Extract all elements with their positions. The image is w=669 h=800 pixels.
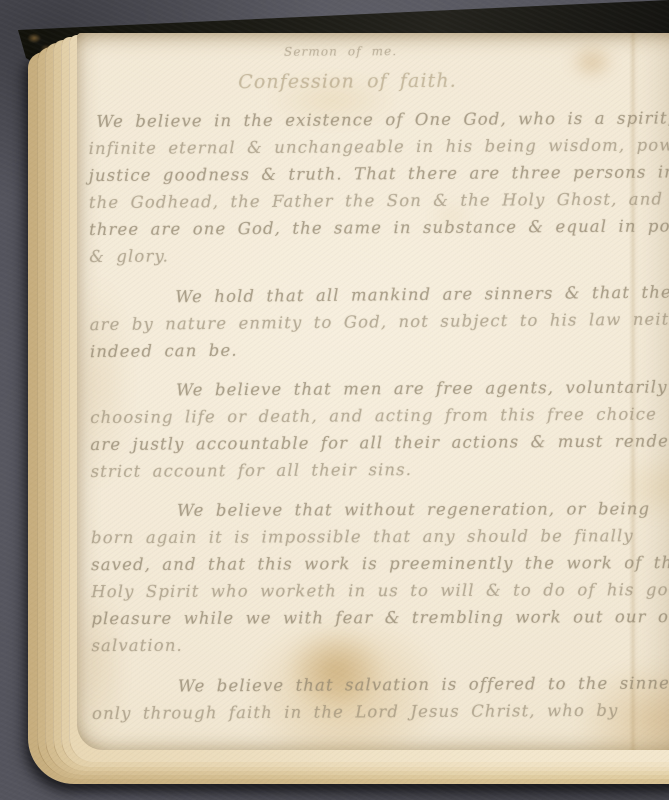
handwriting-line: justice goodness & truth. That there are… <box>89 158 669 189</box>
handwriting-line: only through faith in the Lord Jesus Chr… <box>92 696 669 727</box>
handwriting-line: Holy Spirit who worketh in us to will & … <box>91 576 669 605</box>
header-note: Sermon of me. <box>284 40 669 61</box>
paragraph: We believe that salvation is offered to … <box>92 669 669 727</box>
handwriting-line: We believe in the existence of One God, … <box>88 104 669 135</box>
paragraph: We believe that without regeneration, or… <box>91 495 669 659</box>
handwriting-line: salvation. <box>91 630 669 659</box>
manuscript-text: Sermon of me. Confession of faith. We be… <box>88 40 669 727</box>
manuscript-page: Sermon of me. Confession of faith. We be… <box>77 33 669 750</box>
handwriting-line: We believe that salvation is offered to … <box>92 669 669 700</box>
handwriting-line: are justly accountable for all their act… <box>90 427 669 458</box>
photo-scene: Sermon of me. Confession of faith. We be… <box>0 0 669 800</box>
handwriting-line: pleasure while we with fear & trembling … <box>91 603 669 632</box>
paragraph: We hold that all mankind are sinners & t… <box>89 278 669 365</box>
handwriting-line: choosing life or death, and acting from … <box>90 400 669 431</box>
handwriting-line: born again it is impossible that any sho… <box>91 522 669 551</box>
paragraph: We believe in the existence of One God, … <box>88 104 669 270</box>
page-title: Confession of faith. <box>238 67 669 94</box>
handwriting-line: saved, and that this work is preeminentl… <box>91 549 669 578</box>
handwriting-line: three are one God, the same in substance… <box>89 212 669 243</box>
handwriting-line: the Godhead, the Father the Son & the Ho… <box>89 185 669 216</box>
handwriting-line: strict account for all their sins. <box>90 454 669 485</box>
handwriting-line: infinite eternal & unchangeable in his b… <box>88 131 669 162</box>
paragraphs-container: We believe in the existence of One God, … <box>88 104 669 727</box>
handwriting-line: & glory. <box>89 239 669 270</box>
paragraph: We believe that men are free agents, vol… <box>90 373 669 485</box>
handwriting-line: We believe that men are free agents, vol… <box>90 373 669 404</box>
handwriting-line: indeed can be. <box>90 332 669 365</box>
handwriting-line: We believe that without regeneration, or… <box>91 495 669 524</box>
